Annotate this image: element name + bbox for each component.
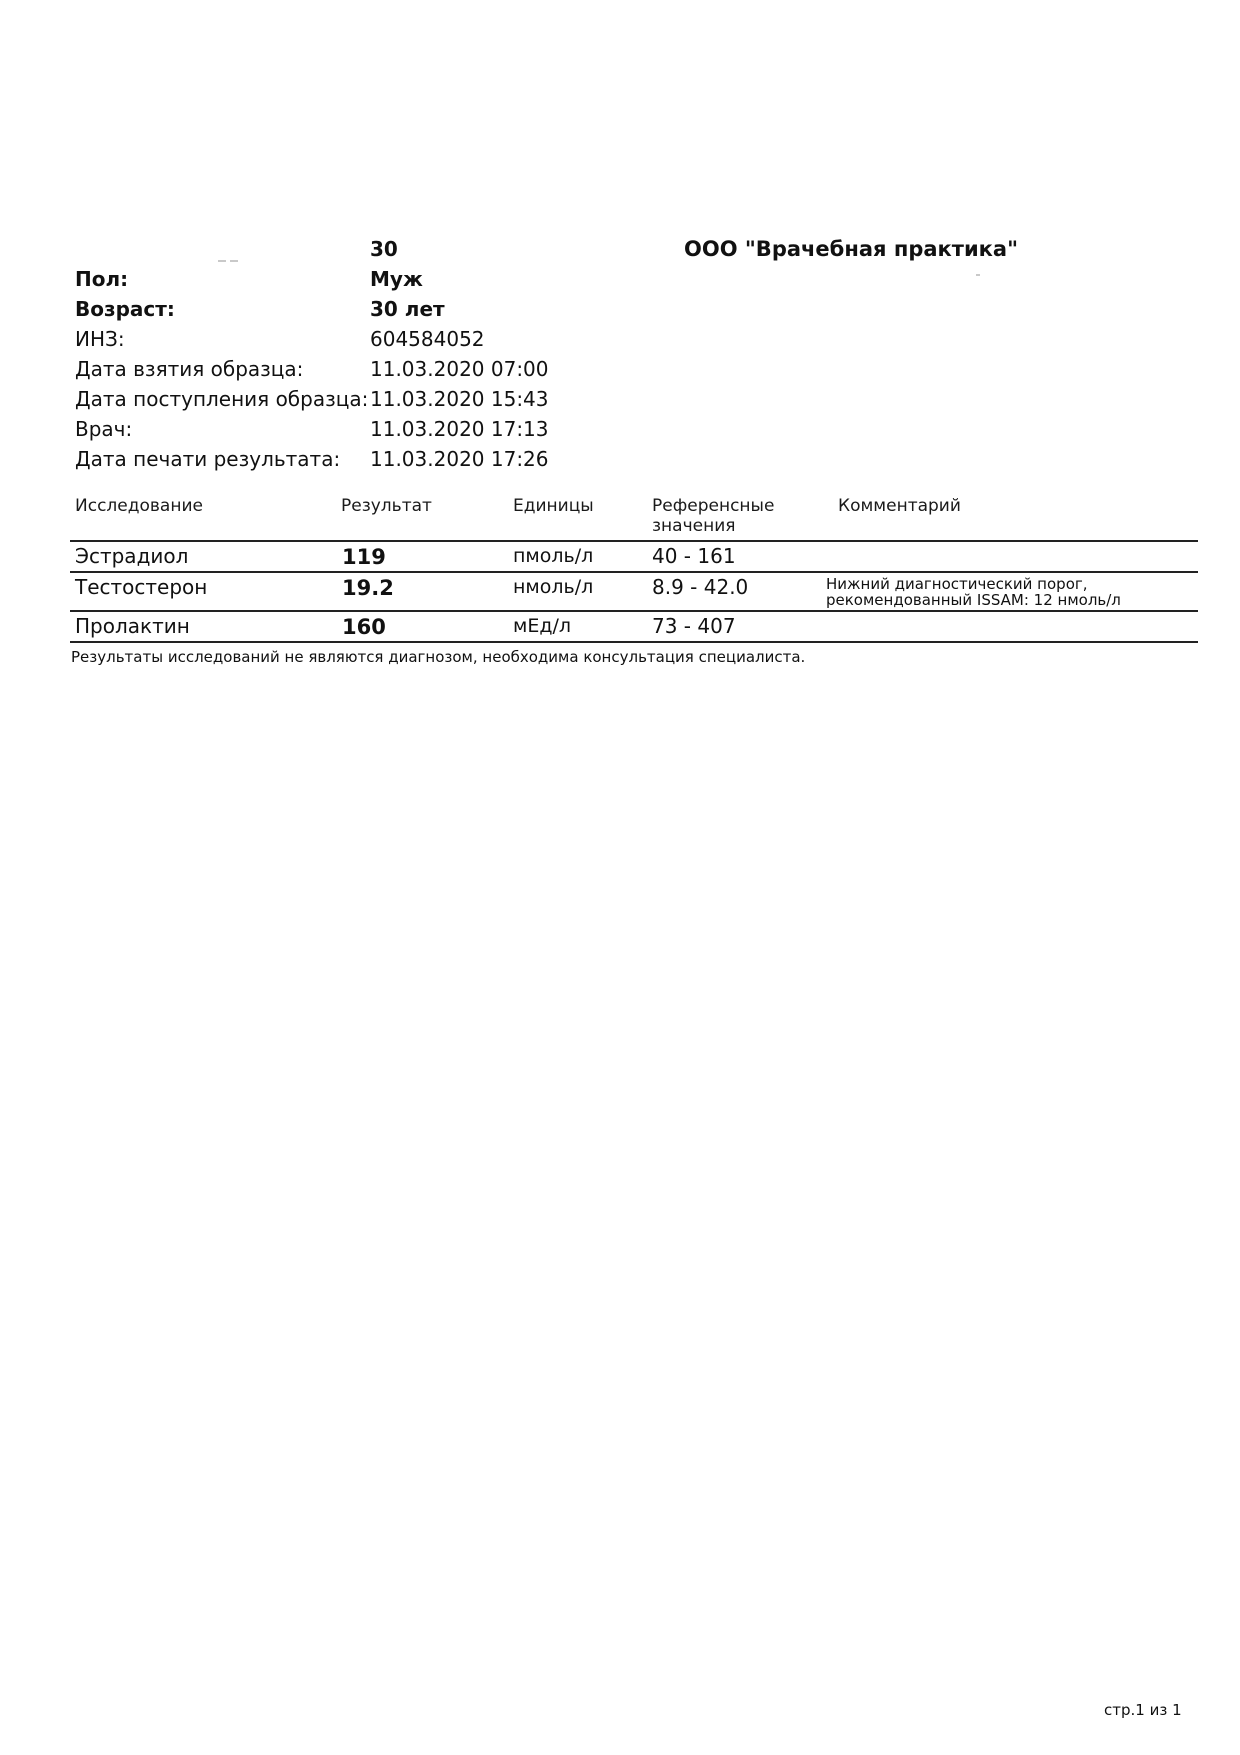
inz-label: ИНЗ: xyxy=(75,327,125,351)
row-result: 160 xyxy=(342,615,386,639)
row-reference: 40 - 161 xyxy=(652,544,736,568)
row-units: нмоль/л xyxy=(513,576,593,598)
header-reference-line2: значения xyxy=(652,516,774,536)
table-divider xyxy=(70,540,1198,542)
age-value: 30 лет xyxy=(370,297,445,321)
doctor-value: 11.03.2020 17:13 xyxy=(370,417,549,441)
header-reference: Референсные значения xyxy=(652,496,774,536)
row-result: 119 xyxy=(342,545,386,569)
header-result: Результат xyxy=(341,496,432,516)
row-result: 19.2 xyxy=(342,576,394,600)
header-units: Единицы xyxy=(513,496,594,516)
row-test: Пролактин xyxy=(75,614,190,638)
sample-received-label: Дата поступления образца: xyxy=(75,387,368,411)
print-date-value: 11.03.2020 17:26 xyxy=(370,447,549,471)
row-units: мЕд/л xyxy=(513,615,571,637)
sample-taken-value: 11.03.2020 07:00 xyxy=(370,357,549,381)
sample-taken-label: Дата взятия образца: xyxy=(75,357,303,381)
redaction-mark xyxy=(218,260,226,262)
doctor-label: Врач: xyxy=(75,417,132,441)
header-test: Исследование xyxy=(75,496,203,516)
row-units: пмоль/л xyxy=(513,545,593,567)
age-label: Возраст: xyxy=(75,297,175,321)
row-comment-line2: рекомендованный ISSAM: 12 нмоль/л xyxy=(826,592,1121,608)
header-reference-line1: Референсные xyxy=(652,496,774,516)
row-comment-line1: Нижний диагностический порог, xyxy=(826,576,1121,592)
page-number: стр.1 из 1 xyxy=(1104,1701,1182,1719)
redaction-mark xyxy=(230,260,238,262)
row-reference: 73 - 407 xyxy=(652,614,736,638)
table-divider xyxy=(70,641,1198,643)
patient-id-value: 30 xyxy=(370,237,398,261)
header-comment: Комментарий xyxy=(838,496,961,516)
row-reference: 8.9 - 42.0 xyxy=(652,575,748,599)
sex-label: Пол: xyxy=(75,267,128,291)
sample-received-value: 11.03.2020 15:43 xyxy=(370,387,549,411)
row-test: Тестостерон xyxy=(75,575,207,599)
row-comment: Нижний диагностический порог, рекомендов… xyxy=(826,576,1121,608)
organization-name: ООО "Врачебная практика" xyxy=(684,237,1018,261)
table-divider xyxy=(70,571,1198,573)
redaction-mark xyxy=(976,274,980,276)
inz-value: 604584052 xyxy=(370,327,485,351)
sex-value: Муж xyxy=(370,267,423,291)
table-divider xyxy=(70,610,1198,612)
disclaimer-text: Результаты исследований не являются диаг… xyxy=(71,648,805,666)
row-test: Эстрадиол xyxy=(75,544,188,568)
print-date-label: Дата печати результата: xyxy=(75,447,340,471)
